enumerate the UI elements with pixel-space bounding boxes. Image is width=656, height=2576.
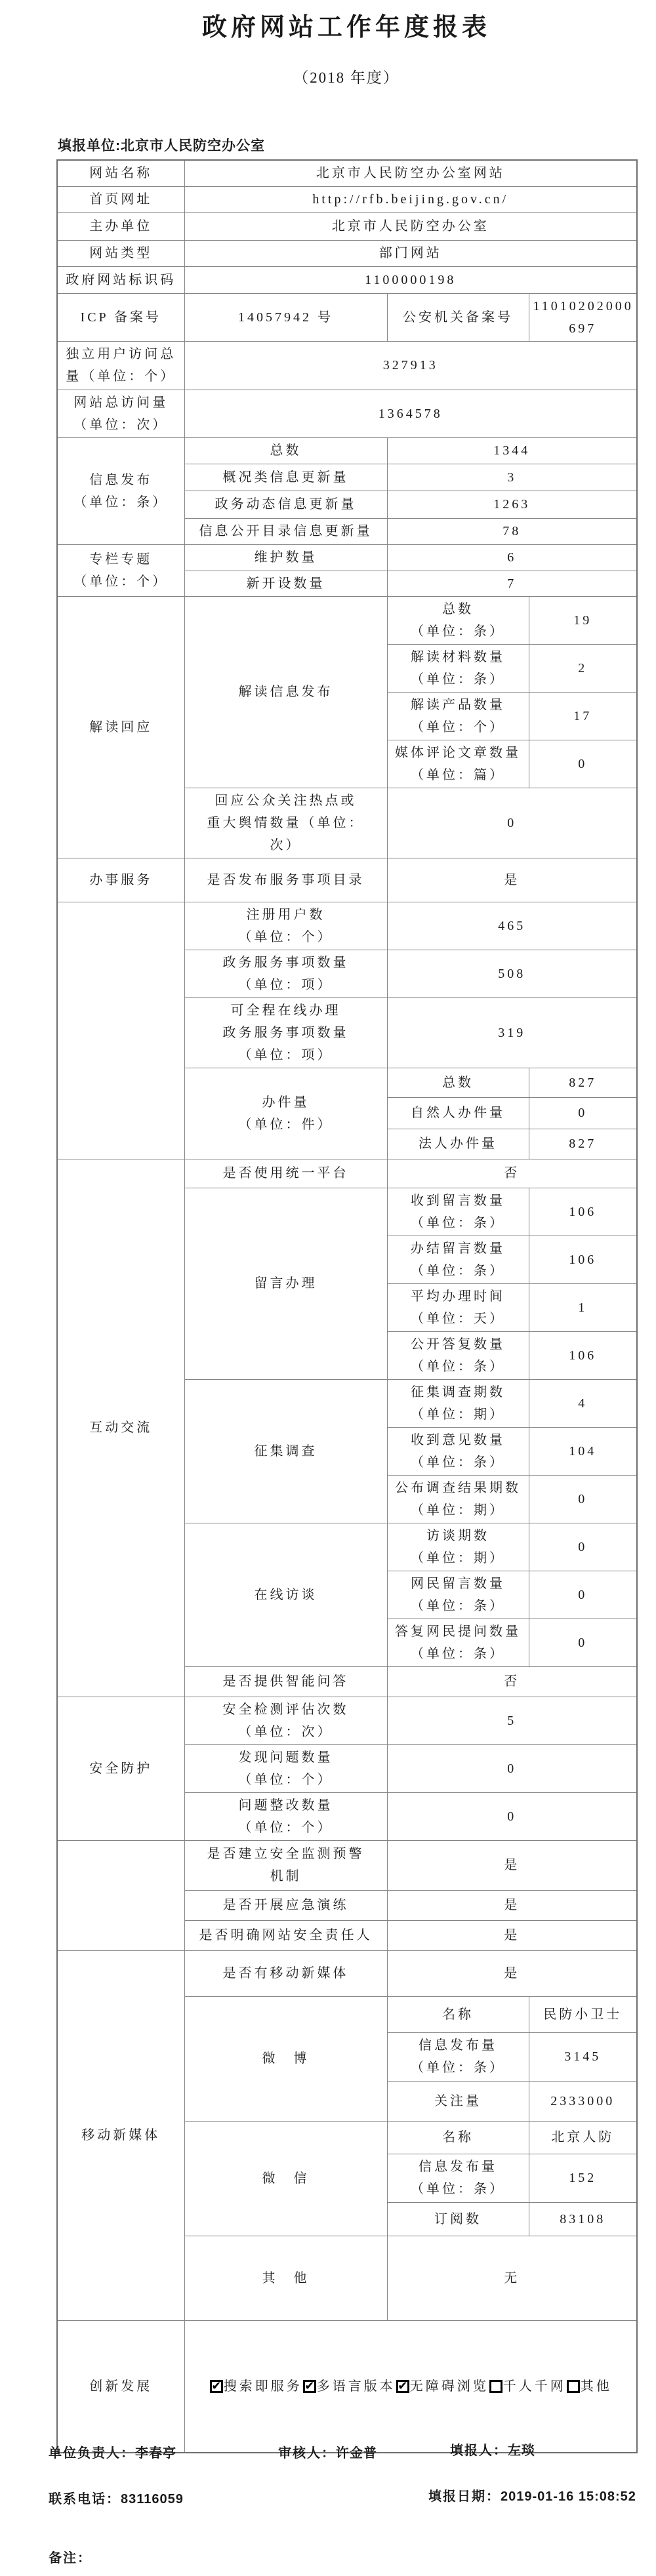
checkbox-other-icon[interactable] [567, 2380, 580, 2393]
cell-security-owner-label: 是否明确网站安全责任人 [184, 1920, 387, 1950]
cell-online-items-label: 可全程在线办理 政务服务事项数量 （单位：项） [184, 997, 387, 1068]
cell-msg-avgtime-label: 平均办理时间 （单位：天） [387, 1283, 529, 1331]
cell-total-visits-value: 1364578 [184, 390, 637, 437]
footer-phone: 联系电话：83116059 [49, 2488, 184, 2507]
cell-case-legal-label: 法人办件量 [387, 1129, 529, 1159]
innovation-item-search: ✔搜索即服务 [209, 2375, 302, 2398]
cell-innovation-options: ✔搜索即服务 ✔多语言版本 ✔无障碍浏览 千人千网 其他 [184, 2320, 637, 2453]
cell-interview-answers-label: 答复网民提问数量 （单位：条） [387, 1619, 529, 1666]
reporting-unit-line: 填报单位:北京市人民防空办公室 [58, 135, 265, 155]
cell-hot-response-value: 0 [387, 788, 637, 858]
footer-label: 备注： [49, 2551, 92, 2566]
cell-wechat-posts-label: 信息发布量 （单位：条） [387, 2154, 529, 2202]
cell-service-items-label: 政务服务事项数量 （单位：项） [184, 950, 387, 997]
cell-other-media-value: 无 [387, 2236, 637, 2320]
cell-icp-value: 14057942 号 [184, 293, 387, 341]
cell-security-owner-value: 是 [387, 1920, 637, 1950]
cell-service-catalog-label: 是否发布服务事项目录 [184, 858, 387, 902]
cell-columns-maintain-value: 6 [387, 544, 637, 571]
footer-label: 填报人： [450, 2444, 508, 2458]
cell-interview-answers-value: 0 [529, 1619, 637, 1666]
cell-hot-response-label: 回应公众关注热点或 重大舆情数量（单位： 次） [184, 788, 387, 858]
cell-host-org-label: 主办单位 [57, 212, 184, 240]
footer-report-date: 填报日期：2019-01-16 15:08:52 [428, 2485, 636, 2505]
footer-value: 李春亭 [135, 2446, 176, 2461]
cell-info-catalog-value: 78 [387, 518, 637, 544]
section-interaction: 互动交流 [57, 1159, 184, 1697]
cell-case-legal-value: 827 [529, 1129, 637, 1159]
cell-has-mobile-value: 是 [387, 1950, 637, 1996]
checkbox-label: 搜索即服务 [224, 2375, 302, 2398]
cell-interpret-product-label: 解读产品数量 （单位：个） [387, 692, 529, 740]
cell-wechat-subs-label: 订阅数 [387, 2202, 529, 2236]
cell-msg-replied-label: 公开答复数量 （单位：条） [387, 1331, 529, 1379]
cell-security-problems-label: 发现问题数量 （单位：个） [184, 1744, 387, 1792]
cell-service-category-empty [57, 902, 184, 1159]
cell-info-total-value: 1344 [387, 437, 637, 464]
footer-label: 单位负责人： [49, 2446, 135, 2461]
cell-emergency-drill-label: 是否开展应急演练 [184, 1890, 387, 1920]
footer-reporter: 填报人：左琰 [450, 2440, 535, 2459]
cell-interview-messages-value: 0 [529, 1571, 637, 1619]
checkbox-label: 多语言版本 [317, 2375, 396, 2398]
cell-interview-group: 在线访谈 [184, 1523, 387, 1666]
cell-interview-messages-label: 网民留言数量 （单位：条） [387, 1571, 529, 1619]
footer-value: 左琰 [508, 2444, 535, 2458]
cell-security-fixed-label: 问题整改数量 （单位：个） [184, 1792, 387, 1840]
checkbox-multilanguage-icon[interactable]: ✔ [303, 2380, 316, 2393]
cell-security-fixed-value: 0 [387, 1792, 637, 1840]
section-mobile-media: 移动新媒体 [57, 1950, 184, 2320]
cell-emergency-drill-value: 是 [387, 1890, 637, 1920]
footer-label: 联系电话： [49, 2492, 121, 2506]
cell-columns-new-label: 新开设数量 [184, 571, 387, 596]
cell-interpret-publish-group: 解读信息发布 [184, 596, 387, 788]
cell-message-group: 留言办理 [184, 1188, 387, 1379]
cell-case-volume-group: 办件量 （单位：件） [184, 1068, 387, 1159]
cell-online-items-value: 319 [387, 997, 637, 1068]
cell-interpret-media-value: 0 [529, 740, 637, 788]
cell-unified-platform-label: 是否使用统一平台 [184, 1159, 387, 1188]
cell-site-type-label: 网站类型 [57, 240, 184, 266]
section-info-release: 信息发布 （单位：条） [57, 437, 184, 544]
checkbox-search-as-service-icon[interactable]: ✔ [210, 2380, 223, 2393]
cell-police-record-value: 11010202000 697 [529, 293, 637, 341]
cell-security-checks-value: 5 [387, 1697, 637, 1744]
cell-survey-opinions-label: 收到意见数量 （单位：条） [387, 1427, 529, 1475]
cell-homepage-url-value: http://rfb.beijing.gov.cn/ [184, 186, 637, 212]
section-service: 办事服务 [57, 858, 184, 902]
cell-weibo-group: 微 博 [184, 1996, 387, 2121]
cell-case-total-value: 827 [529, 1068, 637, 1097]
cell-site-code-label: 政府网站标识码 [57, 266, 184, 293]
cell-interview-issues-value: 0 [529, 1523, 637, 1571]
annual-report-page: 政府网站工作年度报表 （2018 年度） 填报单位:北京市人民防空办公室 网站名… [0, 0, 656, 2576]
innovation-checkbox-row: ✔搜索即服务 ✔多语言版本 ✔无障碍浏览 千人千网 其他 [189, 2375, 633, 2398]
cell-info-news-value: 1263 [387, 491, 637, 518]
cell-weibo-posts-label: 信息发布量 （单位：条） [387, 2032, 529, 2081]
cell-weibo-name-label: 名称 [387, 1996, 529, 2032]
cell-msg-avgtime-value: 1 [529, 1283, 637, 1331]
footer-value: 许金普 [336, 2446, 377, 2461]
cell-msg-closed-label: 办结留言数量 （单位：条） [387, 1236, 529, 1283]
footer-auditor: 审核人：许金普 [278, 2442, 377, 2461]
footer-remarks: 备注： [49, 2547, 92, 2566]
innovation-item-accessibility: ✔无障碍浏览 [396, 2375, 489, 2398]
cell-site-code-value: 1100000198 [184, 266, 637, 293]
cell-info-catalog-label: 信息公开目录信息更新量 [184, 518, 387, 544]
cell-monitor-mechanism-value: 是 [387, 1840, 637, 1890]
cell-security-checks-label: 安全检测评估次数 （单位：次） [184, 1697, 387, 1744]
cell-msg-received-value: 106 [529, 1188, 637, 1236]
cell-info-total-label: 总数 [184, 437, 387, 464]
section-innovation: 创新发展 [57, 2320, 184, 2453]
cell-website-name-value: 北京市人民防空办公室网站 [184, 160, 637, 186]
checkbox-personalized-web-icon[interactable] [489, 2380, 502, 2393]
cell-wechat-name-label: 名称 [387, 2121, 529, 2154]
cell-police-record-label: 公安机关备案号 [387, 293, 529, 341]
cell-service-catalog-value: 是 [387, 858, 637, 902]
cell-case-total-label: 总数 [387, 1068, 529, 1097]
cell-msg-received-label: 收到留言数量 （单位：条） [387, 1188, 529, 1236]
annual-report-table: 网站名称 北京市人民防空办公室网站 首页网址 http://rfb.beijin… [56, 159, 638, 2453]
cell-monitor-mechanism-label: 是否建立安全监测预警 机制 [184, 1840, 387, 1890]
cell-survey-issues-value: 4 [529, 1379, 637, 1427]
cell-smart-qa-label: 是否提供智能问答 [184, 1666, 387, 1697]
cell-homepage-url-label: 首页网址 [57, 186, 184, 212]
checkbox-label: 其他 [581, 2375, 612, 2398]
footer-label: 审核人： [278, 2446, 336, 2461]
cell-wechat-posts-value: 152 [529, 2154, 637, 2202]
cell-interpret-material-value: 2 [529, 644, 637, 692]
cell-weibo-name-value: 民防小卫士 [529, 1996, 637, 2032]
checkbox-label: 千人千网 [503, 2375, 566, 2398]
cell-interview-issues-label: 访谈期数 （单位：期） [387, 1523, 529, 1571]
cell-survey-opinions-value: 104 [529, 1427, 637, 1475]
cell-msg-replied-value: 106 [529, 1331, 637, 1379]
cell-interpret-media-label: 媒体评论文章数量 （单位：篇） [387, 740, 529, 788]
section-special-columns: 专栏专题 （单位：个） [57, 544, 184, 596]
cell-total-visits-label: 网站总访问量 （单位：次） [57, 390, 184, 437]
cell-columns-new-value: 7 [387, 571, 637, 596]
cell-unified-platform-value: 否 [387, 1159, 637, 1188]
cell-survey-results-value: 0 [529, 1475, 637, 1523]
cell-survey-results-label: 公布调查结果期数 （单位：期） [387, 1475, 529, 1523]
cell-has-mobile-label: 是否有移动新媒体 [184, 1950, 387, 1996]
footer-value: 83116059 [121, 2492, 184, 2506]
cell-security-problems-value: 0 [387, 1744, 637, 1792]
checkbox-accessibility-icon[interactable]: ✔ [396, 2380, 409, 2393]
report-year-subtitle: （2018 年度） [56, 66, 636, 87]
cell-wechat-group: 微 信 [184, 2121, 387, 2236]
cell-wechat-subs-value: 83108 [529, 2202, 637, 2236]
cell-weibo-posts-value: 3145 [529, 2032, 637, 2081]
section-interpretation: 解读回应 [57, 596, 184, 858]
cell-info-overview-value: 3 [387, 464, 637, 491]
cell-registered-users-label: 注册用户数 （单位：个） [184, 902, 387, 950]
cell-weibo-followers-label: 关注量 [387, 2081, 529, 2121]
cell-case-person-value: 0 [529, 1097, 637, 1129]
cell-survey-issues-label: 征集调查期数 （单位：期） [387, 1379, 529, 1427]
cell-msg-closed-value: 106 [529, 1236, 637, 1283]
cell-columns-maintain-label: 维护数量 [184, 544, 387, 571]
cell-other-media-label: 其 他 [184, 2236, 387, 2320]
cell-registered-users-value: 465 [387, 902, 637, 950]
footer-label: 填报日期： [428, 2489, 501, 2504]
cell-service-items-value: 508 [387, 950, 637, 997]
cell-info-overview-label: 概况类信息更新量 [184, 464, 387, 491]
innovation-item-other: 其他 [566, 2375, 612, 2398]
footer-value: 2019-01-16 15:08:52 [501, 2489, 636, 2504]
cell-interpret-total-value: 19 [529, 596, 637, 644]
innovation-item-personalized: 千人千网 [489, 2375, 566, 2398]
cell-interpret-material-label: 解读材料数量 （单位：条） [387, 644, 529, 692]
cell-unique-visitors-value: 327913 [184, 341, 637, 390]
section-security: 安全防护 [57, 1697, 184, 1840]
cell-website-name-label: 网站名称 [57, 160, 184, 186]
cell-survey-group: 征集调查 [184, 1379, 387, 1523]
cell-host-org-value: 北京市人民防空办公室 [184, 212, 637, 240]
page-title: 政府网站工作年度报表 [56, 7, 636, 43]
cell-interpret-total-label: 总数 （单位：条） [387, 596, 529, 644]
cell-wechat-name-value: 北京人防 [529, 2121, 637, 2154]
cell-security-category-empty [57, 1840, 184, 1950]
cell-icp-label: ICP 备案号 [57, 293, 184, 341]
cell-interpret-product-value: 17 [529, 692, 637, 740]
cell-unique-visitors-label: 独立用户访问总 量（单位：个） [57, 341, 184, 390]
cell-site-type-value: 部门网站 [184, 240, 637, 266]
cell-case-person-label: 自然人办件量 [387, 1097, 529, 1129]
checkbox-label: 无障碍浏览 [410, 2375, 489, 2398]
cell-smart-qa-value: 否 [387, 1666, 637, 1697]
cell-info-news-label: 政务动态信息更新量 [184, 491, 387, 518]
cell-weibo-followers-value: 2333000 [529, 2081, 637, 2121]
footer-head-of-unit: 单位负责人：李春亭 [49, 2442, 176, 2461]
innovation-item-multilang: ✔多语言版本 [302, 2375, 396, 2398]
